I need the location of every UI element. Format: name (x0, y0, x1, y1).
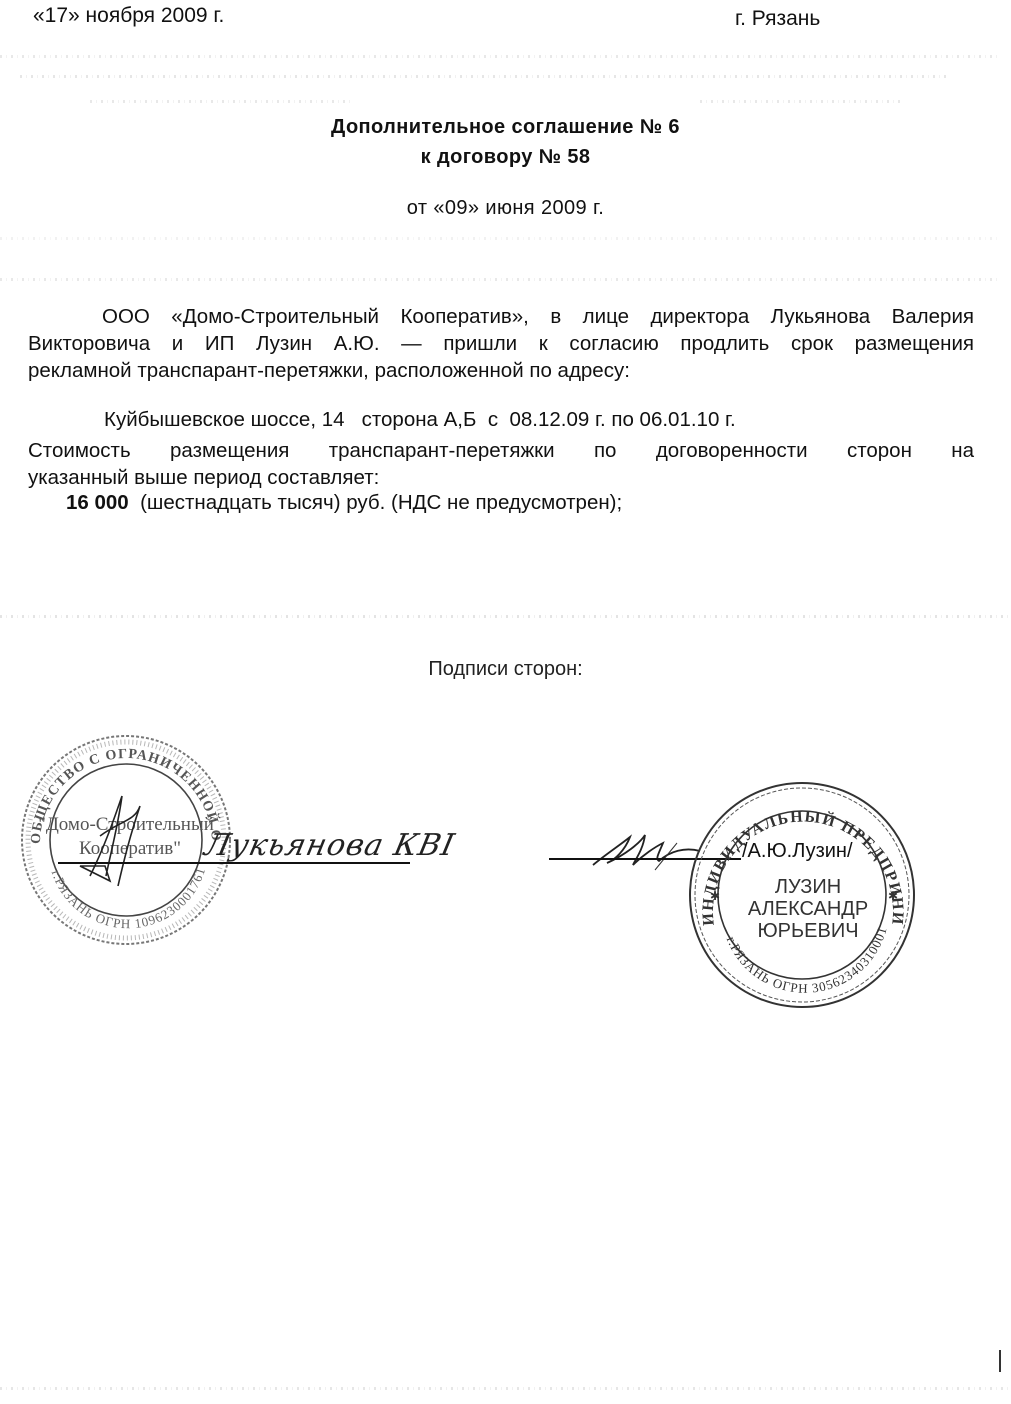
price-line: 16 000 (шестнадцать тысяч) руб. (НДС не … (66, 491, 622, 515)
title-line-2: к договору № 58 (421, 146, 591, 169)
intro-paragraph: ООО «Домо-Строительный Кооператив», в ли… (28, 303, 974, 384)
document-city: г. Рязань (735, 7, 820, 31)
cost-line-2: указанный выше период составляет: (28, 464, 974, 491)
title-line-3: от «09» июня 2009 г. (407, 197, 605, 220)
scan-noise (0, 237, 1000, 240)
scan-noise (0, 55, 1000, 58)
cost-line-1: Стоимость размещения транспарант-перетяж… (28, 437, 974, 464)
entrepreneur-stamp-icon: ИНДИВИДУАЛЬНЫЙ ПРЕДПРИНИМАТЕЛЬ г.РЯЗАНЬ … (680, 775, 925, 1015)
cost-paragraph: Стоимость размещения транспарант-перетяж… (28, 437, 974, 491)
scan-noise (90, 100, 350, 103)
price-amount: 16 000 (66, 491, 129, 514)
signatures-heading: Подписи сторон: (0, 658, 1011, 681)
price-text: (шестнадцать тысяч) руб. (НДС не предусм… (129, 491, 623, 514)
right-stamp-center-1: ЛУЗИН (775, 876, 841, 898)
scan-noise (0, 1387, 1011, 1390)
right-stamp-center-3: ЮРЬЕВИЧ (757, 920, 858, 942)
left-stamp-center-1: "Домо-Строительный (38, 814, 214, 835)
document-title: Дополнительное соглашение № 6 (0, 116, 1011, 139)
stamp-star-icon: ✱ (710, 889, 720, 903)
scan-edge-mark (999, 1350, 1001, 1372)
right-printed-name: /А.Ю.Лузин/ (742, 840, 853, 863)
title-line-1: Дополнительное соглашение № 6 (331, 116, 680, 139)
stamp-star-icon: ✱ (888, 889, 898, 903)
placement-address: Куйбышевское шоссе, 14 сторона А,Б с 08.… (104, 408, 736, 432)
document-date: «17» ноября 2009 г. (33, 4, 224, 28)
intro-line-2: Викторовича и ИП Лузин А.Ю. — пришли к с… (28, 330, 974, 357)
contract-date: от «09» июня 2009 г. (0, 197, 1011, 220)
scan-noise (700, 100, 900, 103)
right-stamp-center-2: АЛЕКСАНДР (748, 898, 868, 920)
intro-line-1: ООО «Домо-Строительный Кооператив», в ли… (28, 303, 974, 330)
document-subtitle: к договору № 58 (0, 146, 1011, 169)
intro-line-3: рекламной транспарант-перетяжки, располо… (28, 357, 974, 384)
scan-noise (0, 615, 1011, 618)
scan-noise (20, 75, 950, 78)
scan-noise (0, 278, 1000, 281)
left-handwritten-signature: Лукьянова КВI (201, 828, 458, 863)
